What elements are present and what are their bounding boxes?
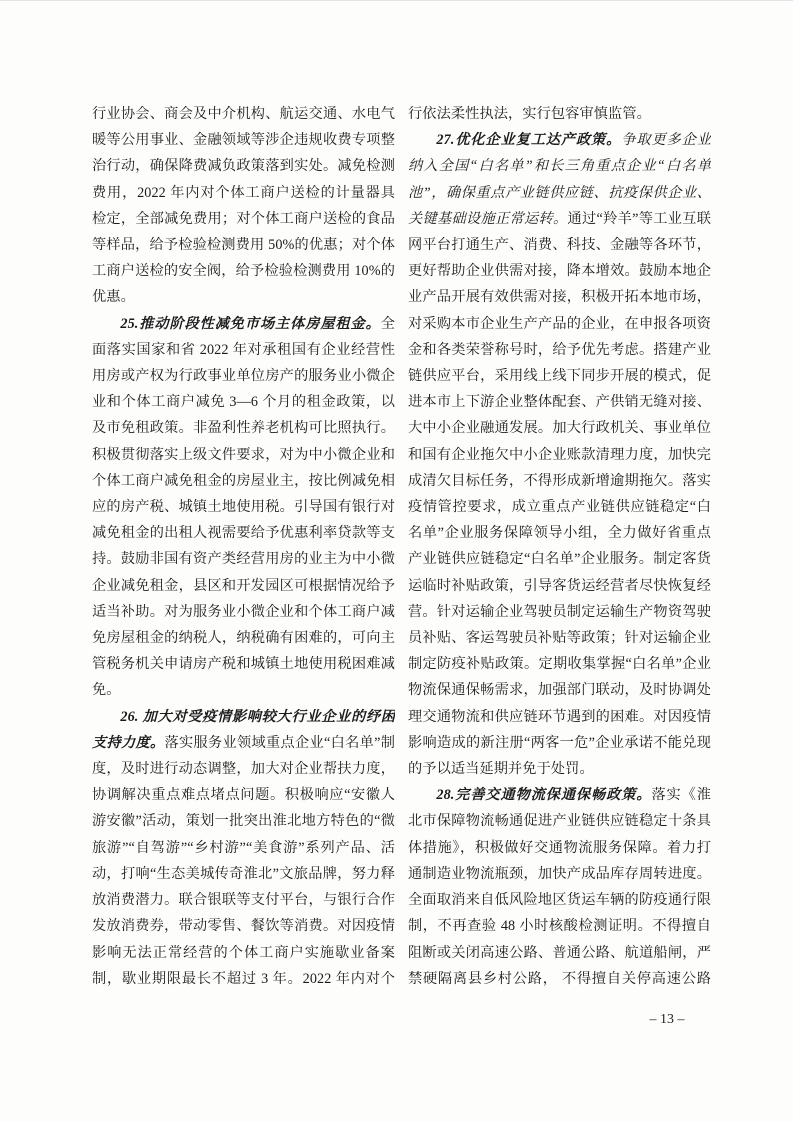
text-column-left: 行业协会、商会及中介机构、航运交通、水电气暖等公用事业、金融领域等涉企违规收费专… xyxy=(92,101,395,993)
paragraph-heading: 27.优化企业复工达产政策。 xyxy=(436,132,621,148)
paragraph: 26. 加大对受疫情影响较大行业企业的纾困支持力度。落实服务业领域重点企业“白名… xyxy=(92,704,395,993)
text-run: 全面落实国家和省 2022 年对承租国有企业经营性用房或产权为行政事业单位房产的… xyxy=(92,316,395,699)
page-top-edge xyxy=(0,0,793,1)
text-run: 落实《淮北市保障物流畅通促进产业链供应链稳定十条具体措施》，积极做好交通物流服务… xyxy=(408,787,711,993)
paragraph: 28.完善交通物流保通保畅政策。落实《淮北市保障物流畅通促进产业链供应链稳定十条… xyxy=(408,782,711,993)
page-number: – 13 – xyxy=(641,1010,693,1030)
paragraph: 25.推动阶段性减免市场主体房屋租金。全面落实国家和省 2022 年对承租国有企… xyxy=(92,311,395,704)
paragraph: 27.优化企业复工达产政策。争取更多企业纳入全国“白名单”和长三角重点企业“白名… xyxy=(408,127,711,782)
paragraph: 行依法柔性执法，实行包容审慎监管。 xyxy=(408,101,711,127)
text-run: 行依法柔性执法，实行包容审慎监管。 xyxy=(408,106,651,122)
paragraph: 行业协会、商会及中介机构、航运交通、水电气暖等公用事业、金融领域等涉企违规收费专… xyxy=(92,101,395,311)
paragraph-heading: 28.完善交通物流保通保畅政策。 xyxy=(436,787,651,803)
text-columns: 行业协会、商会及中介机构、航运交通、水电气暖等公用事业、金融领域等涉企违规收费专… xyxy=(92,101,711,993)
paragraph-heading: 25.推动阶段性减免市场主体房屋租金。 xyxy=(120,316,380,332)
document-page: 行业协会、商会及中介机构、航运交通、水电气暖等公用事业、金融领域等涉企违规收费专… xyxy=(0,0,793,1122)
text-run: 行业协会、商会及中介机构、航运交通、水电气暖等公用事业、金融领域等涉企违规收费专… xyxy=(92,106,395,305)
text-run: 通过“羚羊”等工业互联网平台打通生产、消费、科技、金融等各环节，更好帮助企业供需… xyxy=(408,211,711,777)
text-column-right: 行依法柔性执法，实行包容审慎监管。27.优化企业复工达产政策。争取更多企业纳入全… xyxy=(408,101,711,993)
text-run: 落实服务业领域重点企业“白名单”制度，及时进行动态调整，加大对企业帮扶力度，协调… xyxy=(92,735,395,993)
